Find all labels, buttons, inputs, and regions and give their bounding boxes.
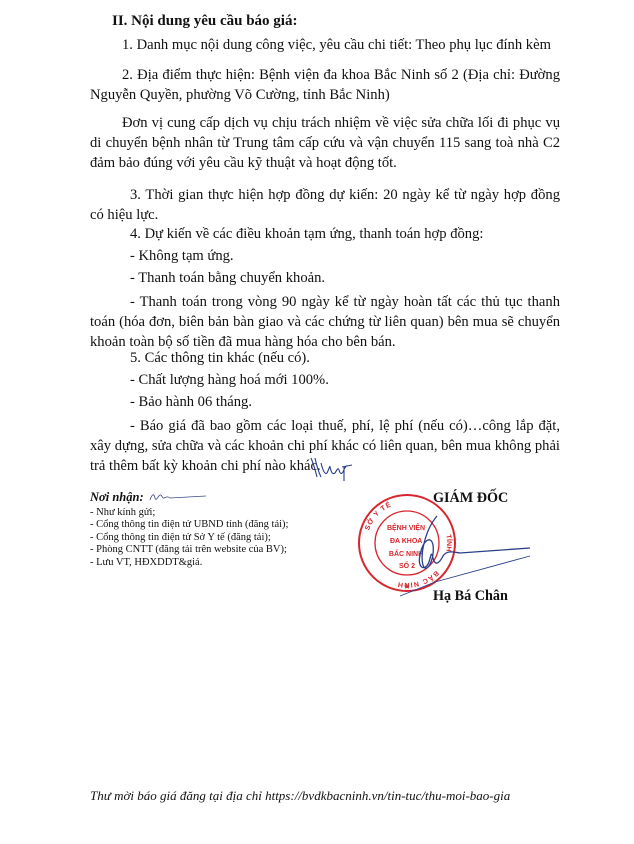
item-3: 3. Thời gian thực hiện hợp đồng dự kiến:… xyxy=(90,185,560,225)
item-1: 1. Danh mục nội dung công việc, yêu cầu … xyxy=(122,37,551,54)
item-2: 2. Địa điểm thực hiện: Bệnh viện đa khoa… xyxy=(90,65,560,105)
recipients-title: Nơi nhận: xyxy=(90,491,340,504)
director-name: Hạ Bá Chân xyxy=(433,588,508,605)
item-4-payment: - Thanh toán trong vòng 90 ngày kể từ ng… xyxy=(90,292,560,352)
recipient-item: - Phòng CNTT (đăng tải trên website của … xyxy=(90,544,340,557)
recipient-item: - Cổng thông tin điện tử Sở Y tế (đăng t… xyxy=(90,532,340,545)
initials-signature-icon xyxy=(308,453,358,483)
item-4-bullet: - Thanh toán bằng chuyển khoản. xyxy=(130,270,325,287)
director-signature-icon xyxy=(395,510,535,600)
item-4-bullet: - Không tạm ứng. xyxy=(130,248,234,265)
item-5-bullet: - Bảo hành 06 tháng. xyxy=(130,394,252,411)
item-2-description: Đơn vị cung cấp dịch vụ chịu trách nhiệm… xyxy=(90,113,560,173)
item-5-bullet: - Chất lượng hàng hoá mới 100%. xyxy=(130,372,329,389)
recipient-item: - Cổng thông tin điện tử UBND tỉnh (đăng… xyxy=(90,519,340,532)
item-5: 5. Các thông tin khác (nếu có). xyxy=(130,350,310,367)
recipient-item: - Lưu VT, HĐXDDT&giá. xyxy=(90,557,340,570)
item-4: 4. Dự kiến về các điều khoản tạm ứng, th… xyxy=(130,226,483,243)
section-heading: II. Nội dung yêu cầu báo giá: xyxy=(112,13,297,30)
recipients-signature-icon xyxy=(148,490,208,506)
recipients-block: Nơi nhận: - Như kính gửi; - Cổng thông t… xyxy=(90,491,340,569)
recipient-item: - Như kính gửi; xyxy=(90,507,340,520)
footer-note: Thư mời báo giá đăng tại địa chỉ https:/… xyxy=(90,788,510,804)
document-page: II. Nội dung yêu cầu báo giá: 1. Danh mụ… xyxy=(0,0,634,844)
